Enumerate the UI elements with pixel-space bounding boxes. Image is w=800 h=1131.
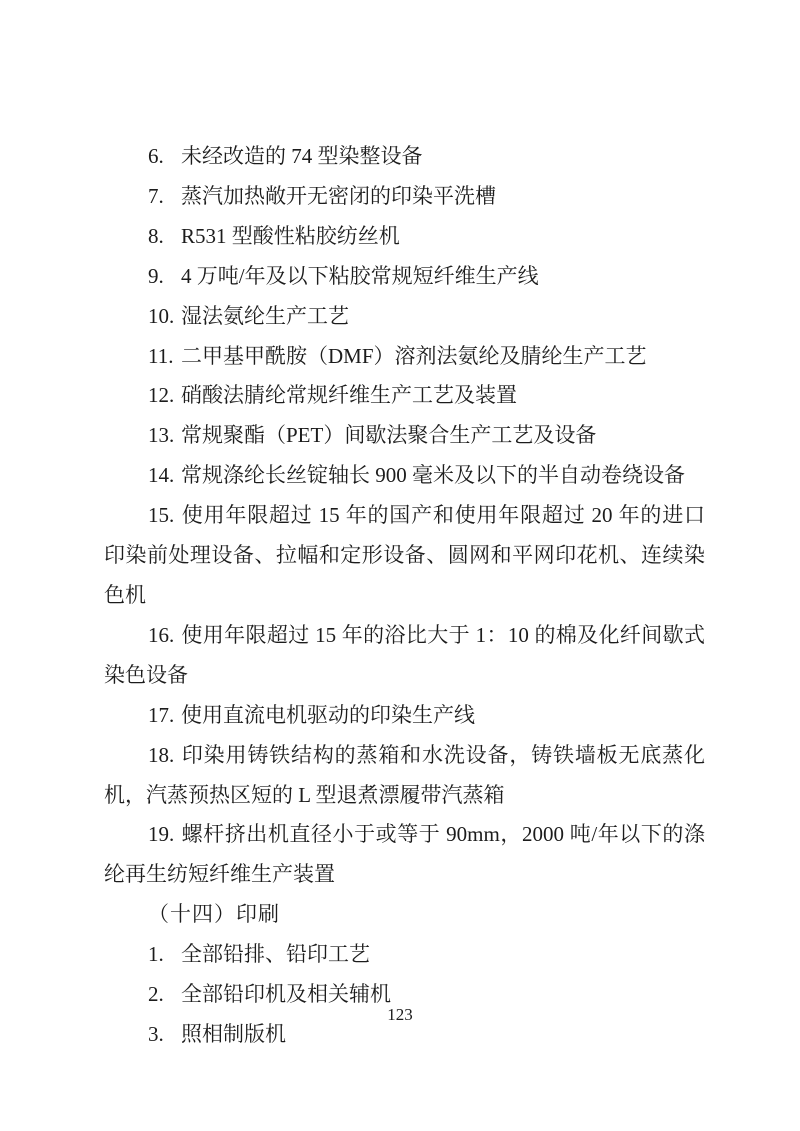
item-text: 常规涤纶长丝锭轴长 900 毫米及以下的半自动卷绕设备 — [181, 463, 685, 487]
list-item: 19.螺杆挤出机直径小于或等于 90mm，2000 吨/年以下的涤纶再生纺短纤维… — [104, 815, 705, 895]
item-number: 16. — [148, 616, 181, 656]
item-number: 13. — [148, 416, 181, 456]
item-number: 9. — [148, 257, 181, 297]
item-text: 湿法氨纶生产工艺 — [181, 304, 349, 328]
item-number: 6. — [148, 137, 181, 177]
section-heading: （十四）印刷 — [104, 895, 705, 935]
item-number: 11. — [148, 337, 181, 377]
list-item: 12.硝酸法腈纶常规纤维生产工艺及装置 — [104, 376, 705, 416]
numbered-list-part2: 1.全部铅排、铅印工艺2.全部铅印机及相关辅机3.照相制版机 — [104, 935, 705, 1055]
list-item: 7.蒸汽加热敞开无密闭的印染平洗槽 — [104, 177, 705, 217]
list-item: 6.未经改造的 74 型染整设备 — [104, 137, 705, 177]
list-item: 1.全部铅排、铅印工艺 — [104, 935, 705, 975]
list-item: 16.使用年限超过 15 年的浴比大于 1：10 的棉及化纤间歇式染色设备 — [104, 616, 705, 696]
item-number: 14. — [148, 456, 181, 496]
item-number: 17. — [148, 696, 181, 736]
list-item: 8.R531 型酸性粘胶纺丝机 — [104, 217, 705, 257]
item-text: 使用年限超过 15 年的国产和使用年限超过 20 年的进口印染前处理设备、拉幅和… — [104, 503, 705, 607]
item-text: 印染用铸铁结构的蒸箱和水洗设备，铸铁墙板无底蒸化机，汽蒸预热区短的 L 型退煮漂… — [104, 743, 705, 807]
list-item: 10.湿法氨纶生产工艺 — [104, 297, 705, 337]
item-text: 使用年限超过 15 年的浴比大于 1：10 的棉及化纤间歇式染色设备 — [104, 623, 705, 687]
item-text: R531 型酸性粘胶纺丝机 — [181, 224, 400, 248]
numbered-list-part1: 6.未经改造的 74 型染整设备7.蒸汽加热敞开无密闭的印染平洗槽8.R531 … — [104, 137, 705, 895]
item-text: 二甲基甲酰胺（DMF）溶剂法氨纶及腈纶生产工艺 — [181, 344, 647, 368]
item-text: 未经改造的 74 型染整设备 — [181, 144, 423, 168]
item-number: 8. — [148, 217, 181, 257]
item-number: 18. — [148, 736, 181, 776]
list-item: 9.4 万吨/年及以下粘胶常规短纤维生产线 — [104, 257, 705, 297]
item-number: 10. — [148, 297, 181, 337]
page-number: 123 — [0, 1004, 800, 1026]
list-item: 11.二甲基甲酰胺（DMF）溶剂法氨纶及腈纶生产工艺 — [104, 337, 705, 377]
list-item: 17.使用直流电机驱动的印染生产线 — [104, 696, 705, 736]
item-number: 15. — [148, 496, 181, 536]
item-text: 硝酸法腈纶常规纤维生产工艺及装置 — [181, 383, 517, 407]
list-item: 13.常规聚酯（PET）间歇法聚合生产工艺及设备 — [104, 416, 705, 456]
item-text: 螺杆挤出机直径小于或等于 90mm，2000 吨/年以下的涤纶再生纺短纤维生产装… — [104, 822, 705, 886]
item-number: 1. — [148, 935, 181, 975]
item-text: 常规聚酯（PET）间歇法聚合生产工艺及设备 — [181, 423, 596, 447]
item-text: 使用直流电机驱动的印染生产线 — [181, 703, 475, 727]
item-number: 7. — [148, 177, 181, 217]
item-text: 4 万吨/年及以下粘胶常规短纤维生产线 — [181, 264, 539, 288]
item-number: 12. — [148, 376, 181, 416]
list-item: 18.印染用铸铁结构的蒸箱和水洗设备，铸铁墙板无底蒸化机，汽蒸预热区短的 L 型… — [104, 736, 705, 816]
item-number: 19. — [148, 815, 181, 855]
list-item: 15.使用年限超过 15 年的国产和使用年限超过 20 年的进口印染前处理设备、… — [104, 496, 705, 616]
document-page: 6.未经改造的 74 型染整设备7.蒸汽加热敞开无密闭的印染平洗槽8.R531 … — [0, 0, 800, 1131]
item-text: 全部铅排、铅印工艺 — [181, 942, 370, 966]
document-body: 6.未经改造的 74 型染整设备7.蒸汽加热敞开无密闭的印染平洗槽8.R531 … — [104, 137, 705, 1055]
list-item: 14.常规涤纶长丝锭轴长 900 毫米及以下的半自动卷绕设备 — [104, 456, 705, 496]
item-text: 蒸汽加热敞开无密闭的印染平洗槽 — [181, 184, 496, 208]
item-text: 全部铅印机及相关辅机 — [181, 982, 391, 1006]
